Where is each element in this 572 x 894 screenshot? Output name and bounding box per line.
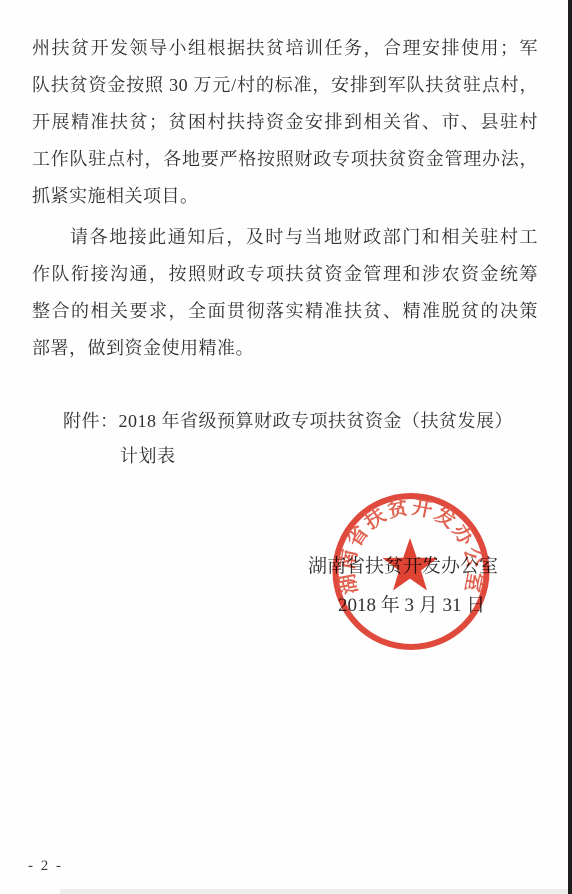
- body-line: 部署，做到资金使用精准。: [32, 330, 538, 367]
- attachment-line: 附件：2018 年省级预算财政专项扶贫资金（扶贫发展）: [63, 404, 543, 439]
- body-line: 请各地接此通知后，及时与当地财政部门和相关驻村工: [32, 219, 538, 256]
- signature-agency: 湖南省扶贫开发办公室: [308, 552, 498, 582]
- attachment-line: 计划表: [63, 439, 543, 474]
- scan-edge-right: [568, 0, 572, 894]
- page-number: - 2 -: [28, 858, 63, 875]
- body-line: 抓紧实施相关项目。: [32, 178, 538, 215]
- attachment-block: 附件：2018 年省级预算财政专项扶贫资金（扶贫发展） 计划表: [63, 404, 543, 474]
- document-page: 州扶贫开发领导小组根据扶贫培训任务，合理安排使用；军 队扶贫资金按照 30 万元…: [0, 0, 572, 894]
- body-line: 州扶贫开发领导小组根据扶贫培训任务，合理安排使用；军: [32, 30, 538, 67]
- body-line: 开展精准扶贫；贫困村扶持资金安排到相关省、市、县驻村: [32, 104, 538, 141]
- body-line: 整合的相关要求，全面贯彻落实精准扶贫、精准脱贫的决策: [32, 293, 538, 330]
- signature-date: 2018 年 3 月 31 日: [338, 591, 485, 621]
- scan-edge-bottom: [60, 889, 568, 894]
- body-line: 作队衔接沟通，按照财政专项扶贫资金管理和涉农资金统筹: [32, 256, 538, 293]
- body-paragraph-1: 州扶贫开发领导小组根据扶贫培训任务，合理安排使用；军 队扶贫资金按照 30 万元…: [32, 30, 538, 215]
- body-line: 队扶贫资金按照 30 万元/村的标准，安排到军队扶贫驻点村，: [32, 67, 538, 104]
- body-paragraph-2: 请各地接此通知后，及时与当地财政部门和相关驻村工 作队衔接沟通，按照财政专项扶贫…: [32, 219, 538, 367]
- body-line: 工作队驻点村，各地要严格按照财政专项扶贫资金管理办法，: [32, 141, 538, 178]
